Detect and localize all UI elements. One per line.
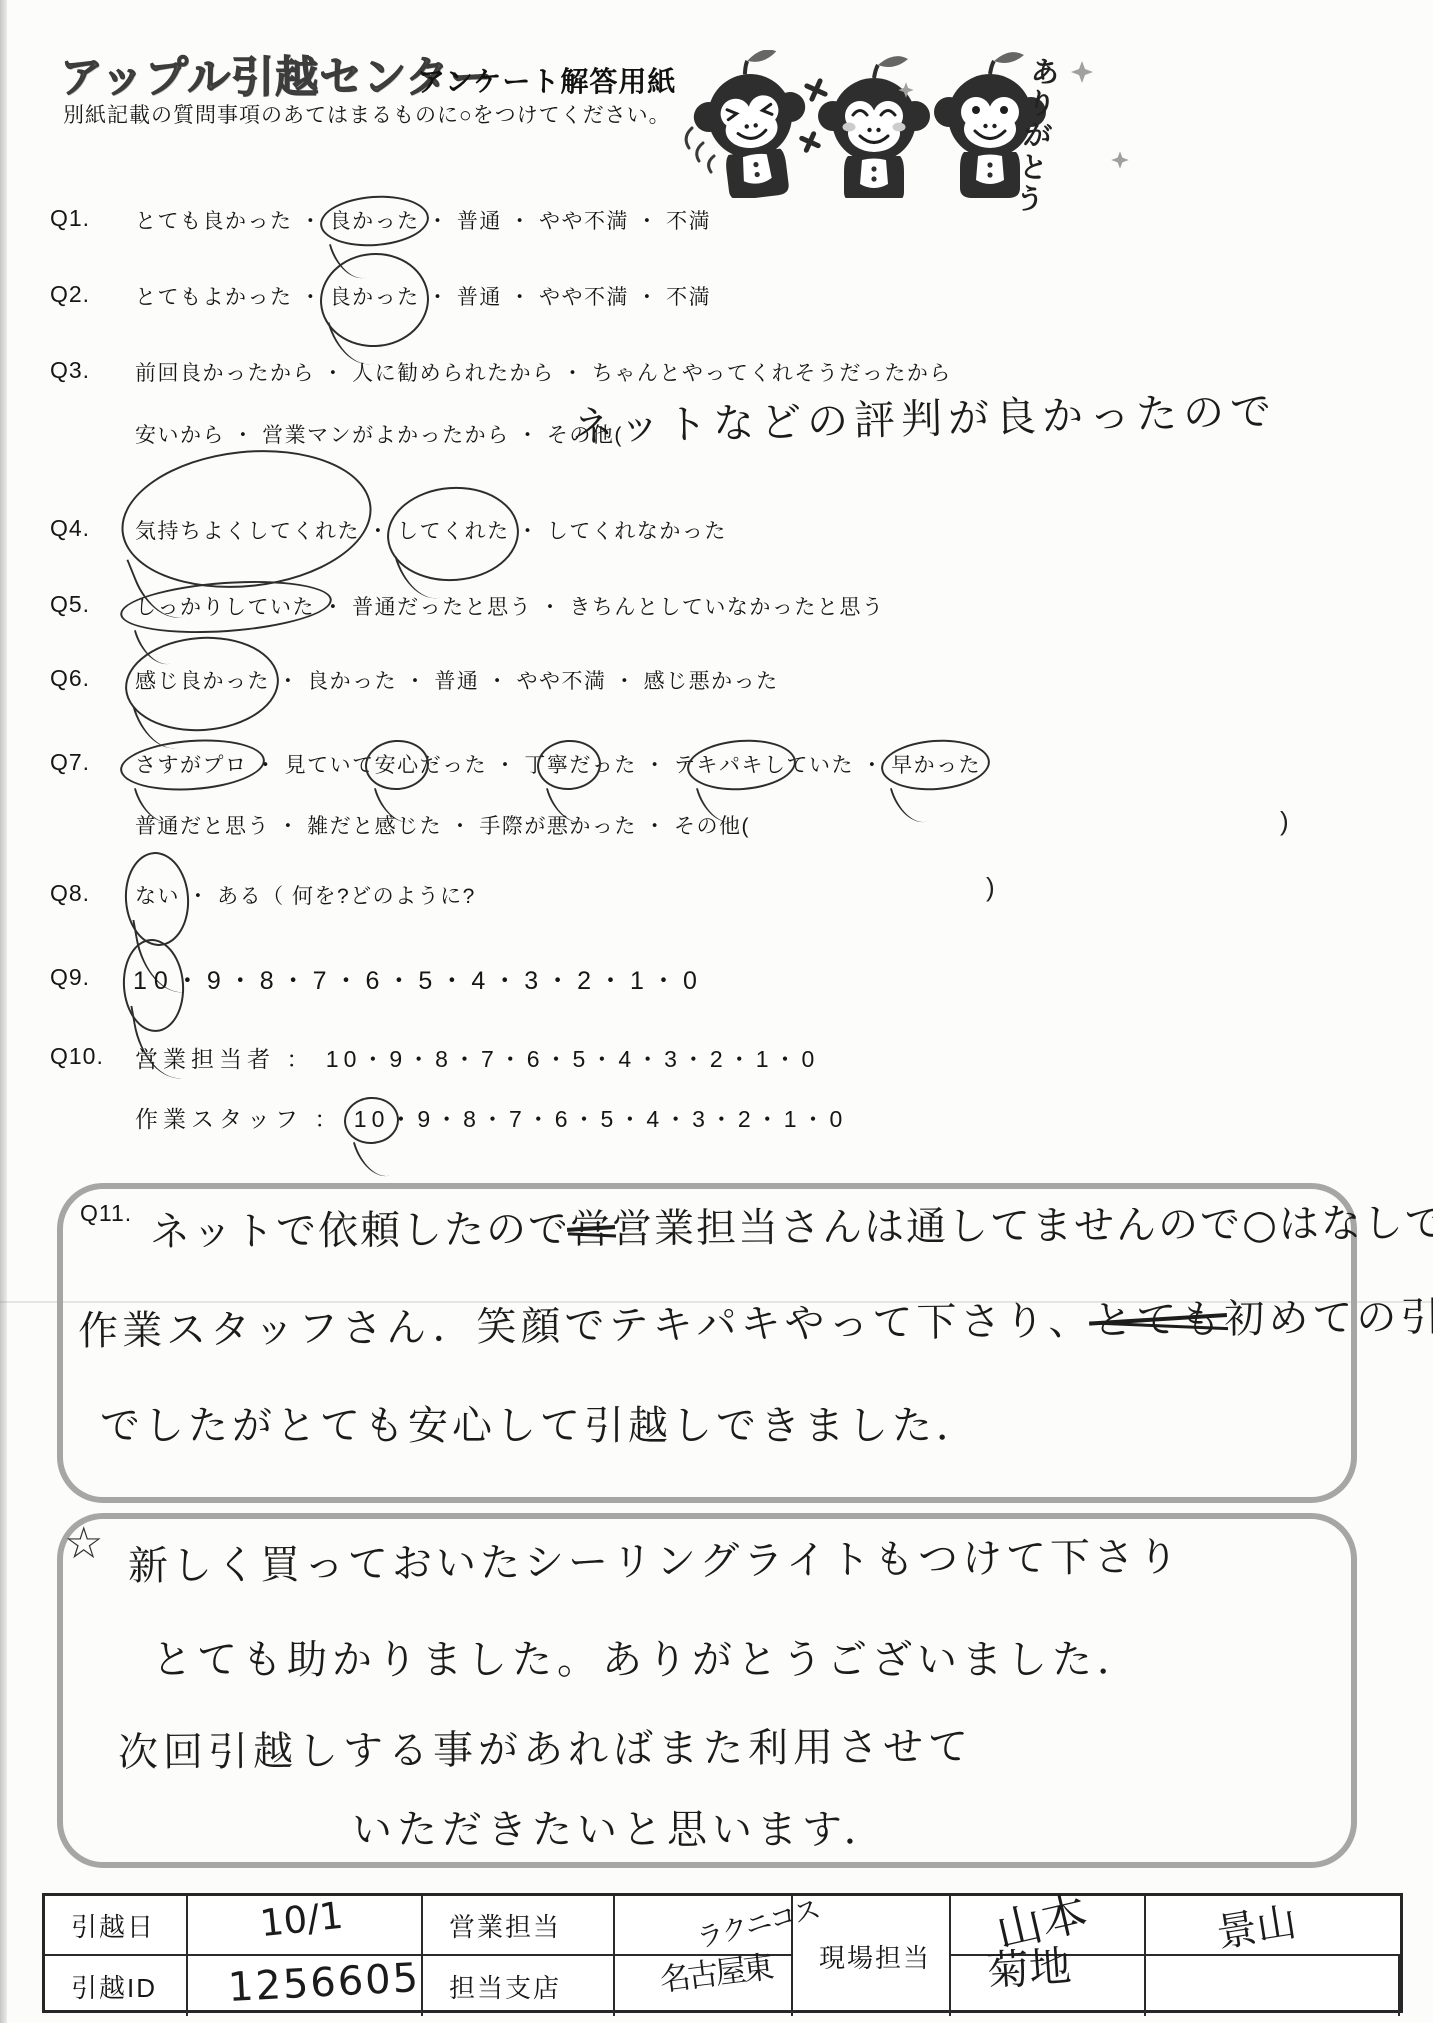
move-date-value: 10/1 — [258, 1894, 345, 1945]
leaf-icon — [878, 56, 908, 67]
comment-line2: とても助かりました。ありがとうございました． — [152, 1628, 1142, 1685]
comment-line3: 次回引越しする事があればまた利用させて — [118, 1715, 973, 1778]
motion-lines-icon — [686, 128, 714, 172]
move-id-cell: 1256605 — [188, 1956, 423, 2016]
q7-label: Q7. — [50, 749, 90, 776]
leaf-icon — [746, 50, 777, 63]
q8-options: ない ・ ある（ 何を?どのように? — [135, 880, 476, 910]
text-segment: ・ してくれなかった — [510, 520, 727, 543]
monkey-icon — [687, 50, 816, 198]
q7-options-line1: さすがプロ ・ 見ていて安心だった ・ 丁寧だった ・ テキパキしていた ・ 早… — [135, 749, 981, 779]
circle-mark: 良かった — [330, 281, 420, 311]
q3-options-line2: 安いから ・ 営業マンがよかったから ・ その他( — [135, 419, 623, 449]
site-crew-name-2: 景山 — [1212, 1890, 1300, 1959]
q10-sales-scale: 営業担当者 ： 10・9・8・7・6・5・4・3・2・1・0 — [135, 1041, 819, 1074]
circle-mark: 10 — [133, 967, 175, 996]
q4-label: Q4. — [50, 515, 90, 542]
text-segment: とてもよかった ・ — [135, 286, 330, 309]
move-id-label: 引越ID — [45, 1956, 188, 2016]
q4-options: 気持ちよくしてくれた ・ してくれた ・ してくれなかった — [135, 515, 727, 545]
text-segment: だった ・ 丁 — [420, 754, 547, 777]
q8-label: Q8. — [50, 880, 90, 907]
q11-label: Q11. — [80, 1200, 132, 1227]
text-segment: 作業スタッフさん．笑顔でテキパキやって下さり、 — [78, 1298, 1093, 1355]
circle-mark: 寧だ — [547, 749, 592, 779]
circle-mark: 10 — [354, 1106, 390, 1133]
move-date-label: 引越日 — [45, 1896, 188, 1956]
text-segment: った ・ テ — [592, 754, 697, 777]
instruction-text: 別紙記載の質問事項のあてはまるものに○をつけてください。 — [63, 99, 671, 129]
q3-handwritten-answer: ネットなどの評判が良かったので — [571, 378, 1277, 453]
text-segment: 作業スタッフ ： — [135, 1106, 354, 1132]
text-segment: ・9・8・7・6・5・4・3・2・1・0 — [389, 1106, 847, 1132]
text-segment: ・ 普通だったと思う ・ きちんとしていなかったと思う — [315, 596, 884, 619]
q2-label: Q2. — [50, 281, 90, 308]
star-icon: ☆ — [64, 1518, 103, 1569]
leaf-icon — [994, 52, 1024, 63]
page-title: アンケート解答用紙 — [417, 60, 676, 100]
q2-options: とてもよかった ・ 良かった ・ 普通 ・ やや不満 ・ 不満 — [135, 281, 711, 311]
q1-label: Q1. — [50, 205, 90, 232]
circle-mark: さすがプロ — [135, 749, 248, 779]
q3-label: Q3. — [50, 357, 90, 384]
q6-options: 感じ良かった ・ 良かった ・ 普通 ・ やや不満 ・ 感じ悪かった — [135, 665, 779, 695]
q11-handwritten-line3: でしたがとても安心して引越しできました． — [100, 1394, 980, 1451]
footer-table: 引越日 10/1 営業担当 ラクニコス 現場担当 山本 景山 引越ID 1256… — [42, 1893, 1403, 2013]
text-segment: ・ 見ていて — [248, 754, 375, 777]
q9-scale: 10・9・8・7・6・5・4・3・2・1・0 — [133, 961, 704, 997]
q7-close-paren: ) — [1280, 806, 1289, 837]
circle-mark: 早かった — [891, 749, 981, 779]
struck-text: とても — [1092, 1297, 1224, 1344]
q10-label: Q10. — [50, 1043, 104, 1070]
mascot-illustration — [678, 50, 1138, 198]
q6-label: Q6. — [50, 665, 90, 692]
text-segment: ・ ある（ 何を?どのように? — [180, 885, 476, 908]
q7-options-line2: 普通だと思う ・ 雑だと感じた ・ 手際が悪かった ・ その他( — [135, 810, 750, 840]
text-segment: 営業担当さんは通してませんので○はなしで — [612, 1200, 1433, 1252]
site-crew-cell-4 — [1146, 1956, 1400, 2016]
circle-mark: しっかりしていた — [135, 591, 315, 621]
text-segment: 初めての引越し — [1224, 1293, 1433, 1342]
branch-cell: 名古屋東 — [615, 1956, 793, 2016]
q1-options: とても良かった ・ 良かった ・ 普通 ・ やや不満 ・ 不満 — [135, 205, 711, 235]
branch-label: 担当支店 — [423, 1956, 615, 2016]
circle-mark: 気持ちよくしてくれた — [135, 515, 360, 545]
q10-staff-scale: 作業スタッフ ： 10・9・8・7・6・5・4・3・2・1・0 — [135, 1101, 847, 1134]
text-segment: ・ 普通 ・ やや不満 ・ 不満 — [420, 210, 712, 233]
q3-options-line1: 前回良かったから ・ 人に勧められたから ・ ちゃんとやってくれそうだったから — [135, 357, 952, 387]
circle-mark: 良かった — [330, 205, 420, 235]
circle-mark: キパキし — [697, 749, 787, 779]
site-crew-label: 現場担当 — [793, 1896, 951, 2016]
circle-mark: ない — [135, 880, 180, 910]
q5-options: しっかりしていた ・ 普通だったと思う ・ きちんとしていなかったと思う — [135, 591, 884, 621]
text-segment: ・9・8・7・6・5・4・3・2・1・0 — [175, 967, 704, 995]
q8-close-paren: ) — [986, 872, 995, 903]
comment-line4: いただきたいと思います． — [352, 1798, 889, 1855]
text-segment: ネットで依頼したので — [150, 1207, 570, 1256]
circle-mark: 感じ良かった — [135, 665, 270, 695]
text-segment: ・ 良かった ・ 普通 ・ やや不満 ・ 感じ悪かった — [270, 670, 779, 693]
survey-sheet: アップル引越センター アンケート解答用紙 別紙記載の質問事項のあてはまるものに○… — [0, 0, 1433, 2023]
site-crew-cell-3: 菊地 — [951, 1956, 1146, 2016]
q5-label: Q5. — [50, 591, 90, 618]
site-crew-cell-2: 景山 — [1146, 1896, 1400, 1956]
move-date-cell: 10/1 — [188, 1896, 423, 1956]
q11-handwritten-line1: ネットで依頼したので営営業担当さんは通してませんので○はなしで — [150, 1191, 1433, 1257]
text-segment: とても良かった ・ — [135, 210, 330, 233]
struck-text: 営 — [570, 1206, 612, 1252]
scan-edge — [0, 0, 7, 2023]
monkey-icon — [818, 56, 930, 198]
comment-line1: 新しく買っておいたシーリングライトもつけて下さり — [128, 1525, 1182, 1591]
site-crew-name-3: 菊地 — [985, 1933, 1073, 1999]
text-segment: ていた ・ — [787, 754, 892, 777]
circle-mark: 安心 — [375, 749, 420, 779]
text-segment: ・ 普通 ・ やや不満 ・ 不満 — [420, 286, 712, 309]
circle-mark: してくれた — [397, 515, 510, 545]
q9-label: Q9. — [50, 964, 90, 991]
move-id-value: 1256605 — [227, 1955, 421, 2011]
sales-rep-label: 営業担当 — [423, 1896, 615, 1956]
